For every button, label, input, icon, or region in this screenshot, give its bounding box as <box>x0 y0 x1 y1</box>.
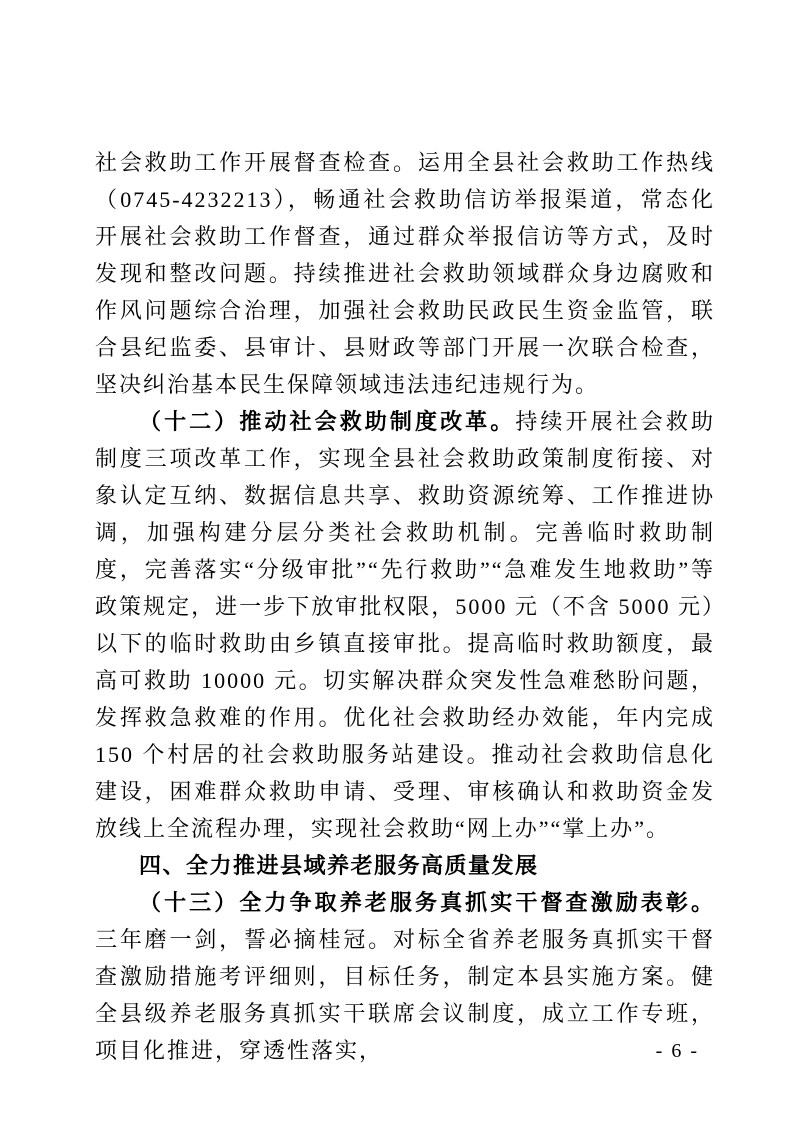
paragraph-item-13: （十三）全力争取养老服务真抓实干督查激励表彰。三年磨一剑，誓必摘桂冠。对标全省养… <box>95 884 715 1069</box>
page-number: - 6 - <box>656 1040 699 1063</box>
paragraph-item-12: （十二）推动社会救助制度改革。持续开展社会救助制度三项改革工作，实现全县社会救助… <box>95 403 715 847</box>
paragraph-lead: （十三）全力争取养老服务真抓实干督查激励表彰。 <box>139 890 715 915</box>
paragraph-lead: （十二）推动社会救助制度改革。 <box>139 409 515 434</box>
section-heading: 四、全力推进县域养老服务高质量发展 <box>95 847 715 884</box>
paragraph-text: 社会救助工作开展督查检查。运用全县社会救助工作热线（0745-4232213），… <box>95 150 715 397</box>
document-page: 社会救助工作开展督查检查。运用全县社会救助工作热线（0745-4232213），… <box>0 0 793 1122</box>
paragraph-text: 持续开展社会救助制度三项改革工作，实现全县社会救助政策制度衔接、对象认定互纳、数… <box>95 409 715 841</box>
paragraph-continuation: 社会救助工作开展督查检查。运用全县社会救助工作热线（0745-4232213），… <box>95 144 715 403</box>
paragraph-text: 三年磨一剑，誓必摘桂冠。对标全省养老服务真抓实干督查激励措施考评细则，目标任务，… <box>95 927 715 1063</box>
document-content: 社会救助工作开展督查检查。运用全县社会救助工作热线（0745-4232213），… <box>95 144 715 1069</box>
